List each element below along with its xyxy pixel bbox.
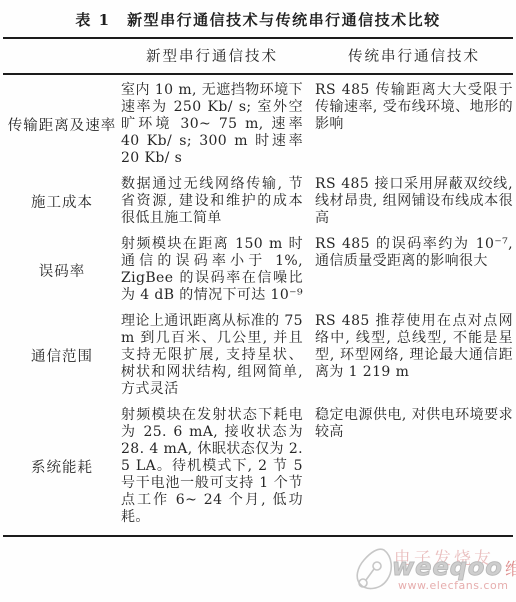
header-old-tech: 传统串行通信技术 <box>303 45 513 66</box>
watermark-brand-chinese: 维库 <box>505 560 516 580</box>
header-category-spacer <box>3 45 121 66</box>
scanned-table-page: 表 1 新型串行通信技术与传统串行通信技术比较 新型串行通信技术 传统串行通信技… <box>0 0 516 602</box>
cell-old-tech: 稳定电源供电, 对供电环境要求较高 <box>303 407 513 526</box>
cell-old-tech: RS 485 的误码率约为 10⁻⁷, 通信质量受距离的影响很大 <box>303 236 513 304</box>
cell-new-tech: 理论上通讯距离从标准的 75 m 到几百米、几公里, 并且支持无限扩展, 支持星… <box>121 313 303 398</box>
table-row: 通信范围 理论上通讯距离从标准的 75 m 到几百米、几公里, 并且支持无限扩展… <box>3 309 513 403</box>
cell-old-tech: RS 485 接口采用屏蔽双绞线, 线材昂贵, 组网铺设布线成本很高 <box>303 176 513 227</box>
table-body: 传输距离及速率 室内 10 m, 无遮挡物环境下速率为 250 Kb/ s; 室… <box>3 75 513 537</box>
row-category: 误码率 <box>3 236 121 304</box>
table-row: 系统能耗 射频模块在发射状态下耗电为 25. 6 mA, 接收状态为 28. 4… <box>3 403 513 531</box>
weeqoo-logo-icon <box>354 546 396 596</box>
header-new-tech: 新型串行通信技术 <box>121 45 303 66</box>
site-watermark: 电子发烧友 weeqoo维库 www.elecfans.com <box>358 536 514 602</box>
watermark-url: www.elecfans.com <box>398 579 508 592</box>
table-row: 误码率 射频模块在距离 150 m 时通信的误码率小于 1%, ZigBee 的… <box>3 232 513 309</box>
cell-new-tech: 射频模块在距离 150 m 时通信的误码率小于 1%, ZigBee 的误码率在… <box>121 236 303 304</box>
cell-new-tech: 数据通过无线网络传输, 节省资源, 建设和维护的成本很低且施工简单 <box>121 176 303 227</box>
cell-new-tech: 室内 10 m, 无遮挡物环境下速率为 250 Kb/ s; 室外空旷环境 30… <box>121 82 303 167</box>
row-category: 系统能耗 <box>3 407 121 526</box>
table-caption: 表 1 新型串行通信技术与传统串行通信技术比较 <box>0 0 516 30</box>
cell-old-tech: RS 485 传输距离大大受限于传输速率, 受布线环境、地形的影响 <box>303 82 513 167</box>
row-category: 传输距离及速率 <box>3 82 121 167</box>
table-row: 传输距离及速率 室内 10 m, 无遮挡物环境下速率为 250 Kb/ s; 室… <box>3 78 513 172</box>
comparison-table: 新型串行通信技术 传统串行通信技术 传输距离及速率 室内 10 m, 无遮挡物环… <box>3 37 513 537</box>
table-header-row: 新型串行通信技术 传统串行通信技术 <box>3 37 513 75</box>
table-row: 施工成本 数据通过无线网络传输, 节省资源, 建设和维护的成本很低且施工简单 R… <box>3 172 513 232</box>
watermark-brand-latin: weeqoo <box>392 553 503 581</box>
row-category: 通信范围 <box>3 313 121 398</box>
watermark-background-text: 电子发烧友 <box>394 544 494 569</box>
cell-new-tech: 射频模块在发射状态下耗电为 25. 6 mA, 接收状态为 28. 4 mA, … <box>121 407 303 526</box>
watermark-brand-row: weeqoo维库 <box>392 553 516 581</box>
cell-old-tech: RS 485 推荐使用在点对点网络中, 线型, 总线型, 不能是星型, 环型网络… <box>303 313 513 398</box>
row-category: 施工成本 <box>3 176 121 227</box>
